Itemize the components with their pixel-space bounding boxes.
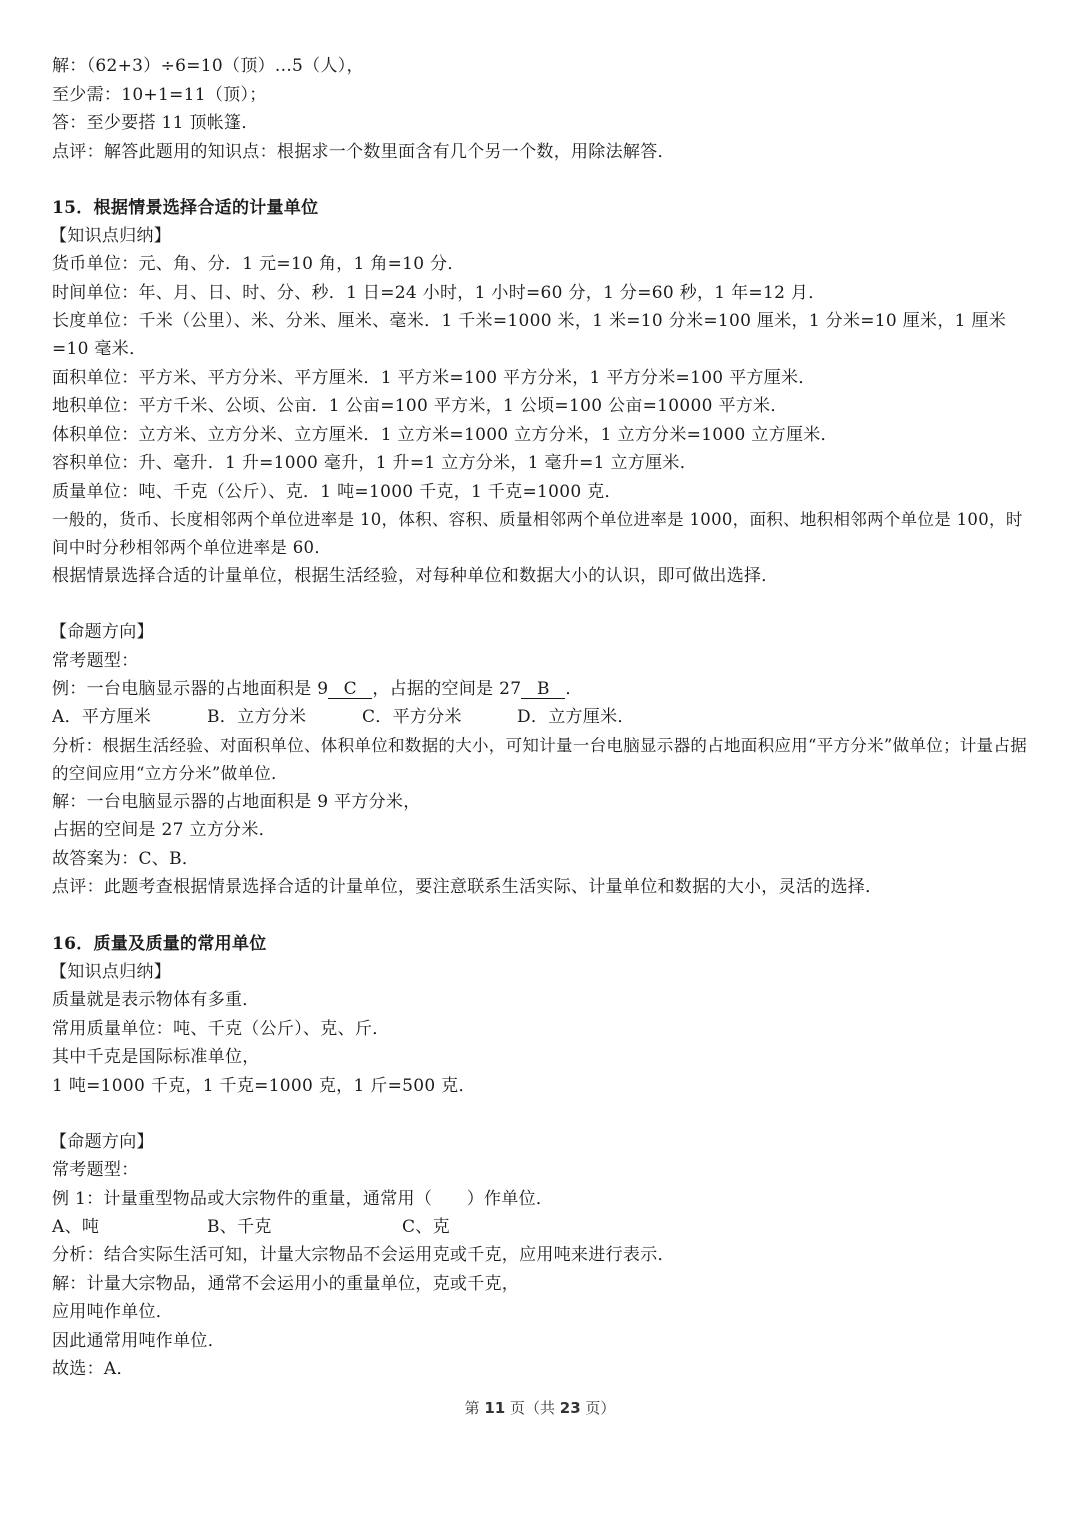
option-c: C、克 xyxy=(402,1217,450,1237)
option-b: B．立方分米 xyxy=(207,707,362,727)
solution-line: 至少需：10+1=11（顶）； xyxy=(52,85,267,105)
knowledge-line: 质量就是表示物体有多重． xyxy=(52,990,260,1010)
knowledge-line: 货币单位：元、角、分．1 元=10 角，1 角=10 分． xyxy=(52,254,465,274)
options-row: A、吨B、千克C、克 xyxy=(52,1217,450,1237)
option-b: B、千克 xyxy=(207,1217,402,1237)
knowledge-line: 根据情景选择合适的计量单位，根据生活经验，对每种单位和数据大小的认识，即可做出选… xyxy=(52,566,779,586)
direction-header: 【命题方向】 xyxy=(50,622,154,642)
analysis-text: 分析：结合实际生活可知，计量大宗物品不会运用克或千克，应用吨来进行表示． xyxy=(52,1245,675,1265)
example-middle: ，占据的空间是 27 xyxy=(372,679,521,699)
footer-prefix: 第 xyxy=(465,1399,485,1417)
knowledge-line: 一般的，货币、长度相邻两个单位进率是 10，体积、容积、质量相邻两个单位进率是 … xyxy=(52,506,1032,562)
option-d: D．立方厘米． xyxy=(517,707,635,727)
current-page-number: 11 xyxy=(484,1399,505,1417)
knowledge-line: 地积单位：平方千米、公顷、公亩．1 公亩=100 平方米，1 公顷=100 公亩… xyxy=(52,396,788,416)
option-a: A．平方厘米 xyxy=(52,707,207,727)
common-type-label: 常考题型： xyxy=(52,1160,139,1180)
knowledge-line: 容积单位：升、毫升．1 升=1000 毫升，1 升=1 立方分米，1 毫升=1 … xyxy=(52,453,697,473)
solution-line: 因此通常用吨作单位． xyxy=(52,1331,225,1351)
answer-line: 答：至少要搭 11 顶帐篷． xyxy=(52,113,259,133)
knowledge-line: 1 吨=1000 千克，1 千克=1000 克，1 斤=500 克． xyxy=(52,1076,476,1096)
options-row: A．平方厘米B．立方分米C．平方分米D．立方厘米． xyxy=(52,707,635,727)
section-15-title: 15．根据情景选择合适的计量单位 xyxy=(52,198,318,218)
knowledge-line: 体积单位：立方米、立方分米、立方厘米．1 立方米=1000 立方分米，1 立方分… xyxy=(52,425,838,445)
example-question: 例：一台电脑显示器的占地面积是 9C，占据的空间是 27B． xyxy=(52,679,583,699)
solution-line: 解：（62+3）÷6=10（顶）...5（人）， xyxy=(52,56,364,76)
answer-line: 故答案为：C、B． xyxy=(52,849,199,869)
knowledge-line: 质量单位：吨、千克（公斤）、克．1 吨=1000 千克，1 千克=1000 克． xyxy=(52,482,622,502)
answer-line: 故选：A． xyxy=(52,1359,134,1379)
direction-header: 【命题方向】 xyxy=(50,1132,154,1152)
option-c: C．平方分米 xyxy=(362,707,517,727)
solution-line: 应用吨作单位． xyxy=(52,1302,173,1322)
knowledge-line: 常用质量单位：吨、千克（公斤）、克、斤． xyxy=(52,1019,390,1039)
section-16-title: 16．质量及质量的常用单位 xyxy=(52,934,267,954)
knowledge-header: 【知识点归纳】 xyxy=(50,962,171,982)
knowledge-line: 其中千克是国际标准单位， xyxy=(52,1047,260,1067)
answer-blank-1: C xyxy=(328,680,372,699)
knowledge-line: 面积单位：平方米、平方分米、平方厘米．1 平方米=100 平方分米，1 平方分米… xyxy=(52,368,816,388)
page-footer: 第 11 页（共 23 页） xyxy=(0,1397,1080,1418)
analysis-text: 分析：根据生活经验、对面积单位、体积单位和数据的大小，可知计量一台电脑显示器的占… xyxy=(52,732,1032,788)
knowledge-header: 【知识点归纳】 xyxy=(50,226,171,246)
solution-line: 占据的空间是 27 立方分米． xyxy=(52,820,276,840)
example-prefix: 例：一台电脑显示器的占地面积是 9 xyxy=(52,679,328,699)
comment-line: 点评：此题考查根据情景选择合适的计量单位，要注意联系生活实际、计量单位和数据的大… xyxy=(52,877,882,897)
solution-line: 解：计量大宗物品，通常不会运用小的重量单位，克或千克， xyxy=(52,1274,519,1294)
knowledge-line: 长度单位：千米（公里）、米、分米、厘米、毫米．1 千米=1000 米，1 米=1… xyxy=(52,307,1032,363)
example-suffix: ． xyxy=(565,679,582,699)
example-question: 例 1：计量重型物品或大宗物件的重量，通常用（ ）作单位． xyxy=(52,1189,553,1209)
knowledge-line: 时间单位：年、月、日、时、分、秒．1 日=24 小时，1 小时=60 分，1 分… xyxy=(52,283,826,303)
option-a: A、吨 xyxy=(52,1217,207,1237)
comment-line: 点评：解答此题用的知识点：根据求一个数里面含有几个另一个数，用除法解答． xyxy=(52,142,675,162)
footer-middle: 页（共 xyxy=(505,1399,560,1417)
answer-blank-2: B xyxy=(521,680,565,699)
common-type-label: 常考题型： xyxy=(52,651,139,671)
total-pages: 23 xyxy=(560,1399,581,1417)
solution-line: 解：一台电脑显示器的占地面积是 9 平方分米， xyxy=(52,792,421,812)
footer-suffix: 页） xyxy=(581,1399,616,1417)
